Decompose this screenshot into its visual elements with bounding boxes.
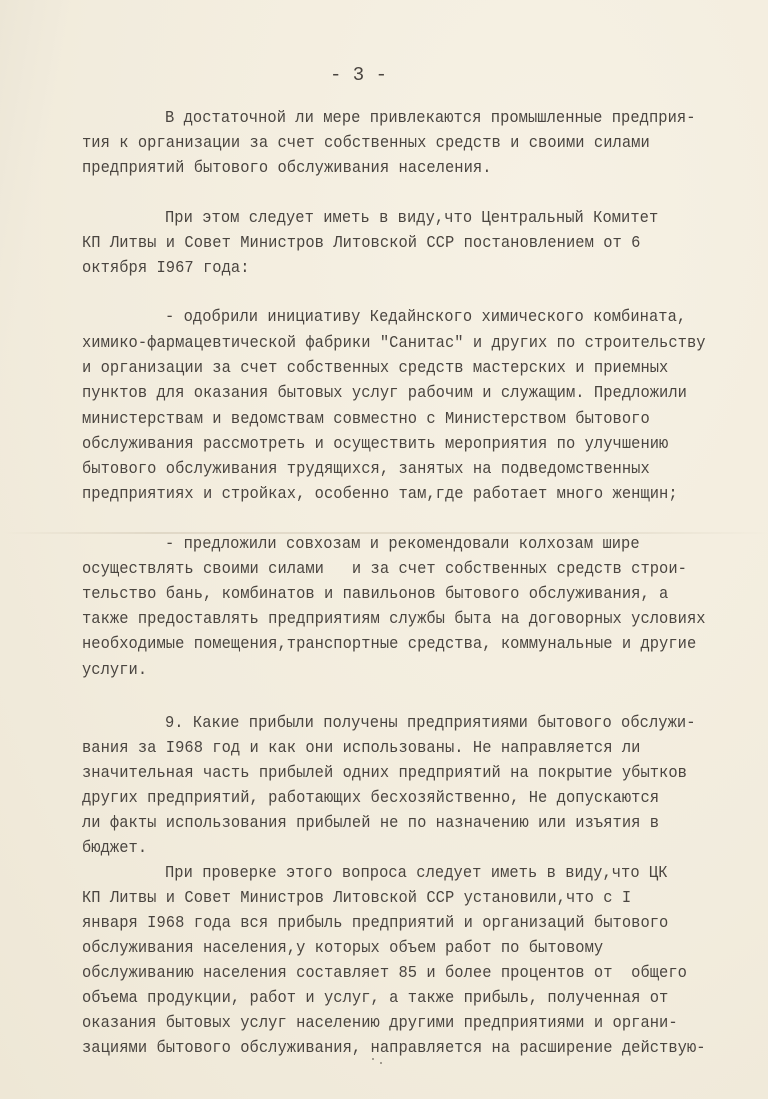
text-line: осуществлять своими силами и за счет соб… xyxy=(82,558,687,580)
text-line: предприятиях и стройках, особенно там,гд… xyxy=(82,483,678,505)
text-line: зациями бытового обслуживания, направляе… xyxy=(82,1037,706,1059)
text-line: химико-фармацевтической фабрики "Санитас… xyxy=(82,332,706,354)
text-line: других предприятий, работающих бесхозяйс… xyxy=(82,787,659,809)
text-line: вания за I968 год и как они использованы… xyxy=(82,737,640,759)
text-line: министерствам и ведомствам совместно с М… xyxy=(82,408,650,430)
text-line: значительная часть прибылей одних предпр… xyxy=(82,762,687,784)
text-line: 9. Какие прибыли получены предприятиями … xyxy=(165,712,696,734)
text-line: - предложили совхозам и рекомендовали ко… xyxy=(165,533,640,555)
text-line: КП Литвы и Совет Министров Литовской ССР… xyxy=(82,887,631,909)
text-line: января I968 года вся прибыль предприятий… xyxy=(82,912,668,934)
text-line: бытового обслуживания трудящихся, заняты… xyxy=(82,458,650,480)
page-number: - 3 - xyxy=(330,64,387,86)
paper-speck xyxy=(380,1062,382,1064)
paper-speck xyxy=(372,1058,374,1060)
text-line: и организации за счет собственных средст… xyxy=(82,357,668,379)
text-line: обслуживания населения,у которых объем р… xyxy=(82,937,603,959)
text-line: тия к организации за счет собственных ср… xyxy=(82,132,650,154)
text-line: предприятий бытового обслуживания населе… xyxy=(82,157,492,179)
text-line: ли факты использования прибылей не по на… xyxy=(82,812,659,834)
text-line: обслуживания рассмотреть и осуществить м… xyxy=(82,433,668,455)
text-line: оказания бытовых услуг населению другими… xyxy=(82,1012,678,1034)
text-line: объема продукции, работ и услуг, а также… xyxy=(82,987,668,1009)
text-line: При этом следует иметь в виду,что Центра… xyxy=(165,207,658,229)
text-line: услуги. xyxy=(82,659,147,681)
text-line: тельство бань, комбинатов и павильонов б… xyxy=(82,583,668,605)
text-line: - одобрили инициативу Кедайнского химиче… xyxy=(165,306,686,328)
text-line: При проверке этого вопроса следует иметь… xyxy=(165,862,668,884)
text-line: КП Литвы и Совет Министров Литовской ССР… xyxy=(82,232,640,254)
text-line: бюджет. xyxy=(82,837,147,859)
text-line: необходимые помещения,транспортные средс… xyxy=(82,633,696,655)
text-line: В достаточной ли мере привлекаются промы… xyxy=(165,107,696,129)
text-line: обслуживанию населения составляет 85 и б… xyxy=(82,962,687,984)
document-page: - 3 - В достаточной ли мере привлекаются… xyxy=(0,0,768,1099)
text-line: также предоставлять предприятиям службы … xyxy=(82,608,706,630)
text-line: октября I967 года: xyxy=(82,257,250,279)
text-line: пунктов для оказания бытовых услуг рабоч… xyxy=(82,382,687,404)
